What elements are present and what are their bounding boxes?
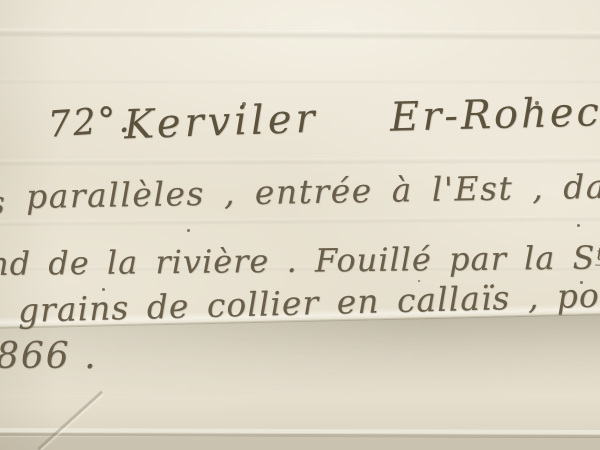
site-name-primary: Kerviler — [123, 96, 319, 149]
entry-number: 72°. — [47, 99, 133, 146]
text-line-2-left-fragment: s — [0, 183, 5, 222]
bottom-edge-shading — [0, 437, 600, 450]
manuscript-photo: 72°. Kerviler Er-Rohec s parallèles , en… — [0, 0, 600, 450]
ink-speck — [187, 229, 190, 232]
paper-crease-top — [0, 28, 600, 41]
diagonal-crease — [37, 391, 103, 450]
paper-crease-2 — [0, 156, 600, 167]
year-fragment: 866 . — [0, 336, 98, 377]
paper-crease-faint-1 — [0, 78, 600, 85]
text-line-3-superscript: te — [595, 244, 600, 265]
site-name-secondary: Er-Rohec — [389, 89, 600, 141]
paper-tone-overlay — [0, 0, 600, 450]
bottom-crease-highlight — [0, 428, 600, 434]
text-line-3: nd de la rivière . Fouillé par la StePol… — [0, 228, 600, 285]
text-line-3-part1: nd de la rivière . Fouillé par la S — [0, 239, 596, 283]
bottom-crease-line — [0, 433, 600, 438]
paper-crease-3 — [0, 215, 600, 227]
text-line-2: parallèles , entrée à l'Est , dans- — [26, 166, 600, 216]
ink-speck — [577, 224, 580, 227]
